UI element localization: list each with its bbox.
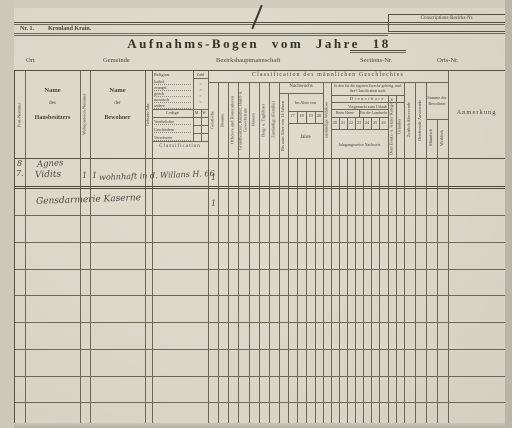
row-line — [15, 186, 505, 187]
grid-line — [193, 78, 208, 79]
grid-line — [152, 71, 153, 428]
grid-line — [193, 125, 208, 126]
grid-line — [193, 133, 208, 134]
margin — [0, 0, 14, 428]
year-cell: 26 — [379, 120, 388, 125]
classification-col-zuständige: Zuständige (Familie) — [269, 84, 279, 156]
stand-row: Verehelichte — [154, 119, 191, 125]
grid-line — [437, 119, 438, 428]
grid-line — [331, 117, 388, 118]
entry-mark: 1 — [82, 171, 87, 180]
year-cell: 25 — [371, 120, 379, 125]
grid-line — [315, 158, 316, 428]
haus-nummer-column-header: Post-Nummer — [15, 71, 25, 158]
grid-line — [25, 71, 26, 428]
header-bottom-rule — [15, 158, 505, 159]
grid-line — [152, 117, 208, 118]
row-line — [15, 188, 505, 189]
grid-line — [371, 158, 372, 428]
year-cell: 18 — [297, 113, 306, 118]
grid-line — [288, 123, 323, 124]
sections-nr-label: Sections-Nr. — [360, 57, 392, 64]
grid-line — [363, 158, 364, 428]
grid-line — [208, 82, 448, 83]
bewohner-header-3: Bewohner — [90, 115, 145, 121]
kronland-label: Kronland Krain. — [48, 26, 91, 32]
row-line — [15, 295, 505, 296]
year-cell: 22 — [347, 120, 355, 125]
bewohner-header-1: Name — [90, 87, 145, 94]
ditto-mark: „ — [193, 98, 208, 103]
conscription-label: Conscriptions-Bezirks-Nr. — [389, 16, 505, 21]
row-line — [15, 349, 505, 350]
wohnpartei-column-header: Wohnparteien-Nummer — [80, 71, 90, 158]
form-table: Post-Nummer Name des Hausbesitzers Wohnp… — [14, 70, 506, 428]
kategorie-col: Dem Ersatz- u. letzter Kategorie — [388, 97, 396, 156]
sheet-number: Nr. 1. — [20, 26, 34, 32]
sheet-bottom-shadow — [14, 423, 505, 428]
classification-col-geistliche: Geistliche — [208, 84, 218, 156]
grid-line — [288, 93, 289, 428]
entry-owner-first: Agnes — [37, 158, 64, 169]
religion-row: andere — [154, 103, 191, 109]
row-line — [15, 402, 505, 403]
scanned-census-form: Nr. 1. Kronland Krain. Conscriptions-Bez… — [0, 0, 512, 428]
classification-col-bauern: Bauern — [249, 84, 259, 156]
wehrlose-col: zuständige Wehrlose — [323, 84, 331, 156]
entry-text: Gensdarmerie Kaserne — [36, 193, 141, 207]
entry-haus-nr: 7. — [16, 169, 24, 178]
grid-line — [152, 141, 208, 142]
entry-mark: 1 — [92, 171, 97, 180]
abwesende-col: Zeitlich Abwesende — [404, 84, 415, 156]
geburtsjahr-column-header: Geburts-Jahr — [145, 71, 152, 158]
jahrgang-note: Jahrgangsweise Nachweis — [331, 137, 388, 153]
jahre-label: Jahre — [288, 135, 323, 140]
alter-von-label: Im Alter von — [288, 95, 323, 109]
entry-tick: 1 — [211, 173, 216, 182]
nachwuchs-header: Nachwuchs — [279, 84, 323, 89]
gemeinde-label: Gemeinde — [103, 57, 130, 64]
anmerkung-header: Anmerkung — [448, 109, 505, 116]
nachwuchs-bis14-col: Bis zum Alter von 14 Jahren — [279, 95, 288, 156]
classification-col-taglöhner: Berg- u. Taglöhner — [259, 84, 269, 156]
grid-line — [297, 158, 298, 428]
ditto-mark: „ — [193, 92, 208, 97]
grid-line — [288, 111, 323, 112]
grid-line — [90, 71, 91, 428]
classification-col-grundbesitzer: Grundbesitzer, Künstler, Hand- u. Gewerb… — [238, 84, 249, 156]
handwritten-slash — [251, 5, 263, 30]
grid-line — [339, 158, 340, 428]
year-cell: 17 — [288, 113, 297, 118]
dienstbare-line1: In den für die eigenen Zwecke gehörig, u… — [331, 83, 404, 94]
rule — [14, 33, 388, 34]
bewohner-header-2: der — [90, 101, 145, 106]
row-line — [15, 269, 505, 270]
anwesende-col: Ortsfremde Anwesende — [415, 84, 426, 156]
year-underline — [350, 50, 406, 51]
entry-tick: 1 — [211, 199, 216, 208]
entry-note: wohnhaft in d. Willans H. 66 — [99, 169, 215, 182]
heer-label: Beim Heere — [331, 111, 359, 115]
year-cell: 20 — [331, 120, 339, 125]
paper-sheet: Nr. 1. Kronland Krain. Conscriptions-Bez… — [14, 8, 505, 425]
sheet-edge-shadow — [505, 0, 512, 428]
entry-haus-nr: 8 — [17, 159, 22, 168]
grid-line — [448, 71, 449, 428]
grid-line — [347, 158, 348, 428]
grid-line — [379, 158, 380, 428]
classification-col-beamte: Beamte — [218, 84, 228, 156]
weiblich-col: Weiblich — [437, 120, 448, 156]
grid-line — [306, 158, 307, 428]
row-line — [15, 376, 505, 377]
grid-line — [331, 129, 388, 130]
classification-header: Classification des männlichen Geschlecht… — [208, 72, 448, 78]
bezirk-label: Bezirkshauptmannschaft — [216, 57, 280, 64]
stand-col-m: M. — [193, 110, 201, 115]
stand-col-w: W. — [201, 110, 208, 115]
year-cell: 19 — [306, 113, 315, 118]
year-cell: 20 — [315, 113, 323, 118]
orts-nr-label: Orts-Nr. — [437, 57, 458, 64]
row-line — [15, 215, 505, 216]
row-line — [15, 242, 505, 243]
landwehr-label: Für die Landwehr — [359, 111, 388, 115]
year-underline — [350, 52, 406, 53]
classification-col-officiere: Officiere und Honoratioren — [228, 84, 238, 156]
besitzer-header-2: des — [25, 101, 80, 106]
year-cell: 24 — [363, 120, 371, 125]
stand-row: Geschiedene — [154, 127, 191, 133]
religion-count-header: Zahl — [193, 72, 208, 77]
conscription-box: Conscriptions-Bezirks-Nr. — [388, 14, 506, 32]
grid-line — [355, 158, 356, 428]
besitzer-header-3: Hausbesitzers — [25, 115, 80, 121]
stand-row: Verwitwete — [154, 135, 191, 141]
year-cell: 21 — [339, 120, 347, 125]
summe-header: Summe der Bewohner — [426, 84, 448, 117]
year-cell: 23 — [355, 120, 363, 125]
ditto-mark: „ — [193, 80, 208, 85]
rule — [388, 33, 505, 34]
stand-title: Ledige — [152, 110, 193, 115]
ditto-mark: „ — [193, 86, 208, 91]
entry-owner-last: Vidits — [35, 170, 61, 181]
grid-line — [279, 93, 323, 94]
besitzer-header-1: Name — [25, 87, 80, 94]
maennlich-col: Männlich — [426, 120, 437, 156]
row-line — [15, 322, 505, 323]
urlauber-col: Urlauber — [396, 97, 404, 156]
religion-title: Religion: — [154, 72, 170, 77]
classification-band: Classification — [152, 144, 208, 149]
ort-label: Ort — [26, 57, 35, 64]
